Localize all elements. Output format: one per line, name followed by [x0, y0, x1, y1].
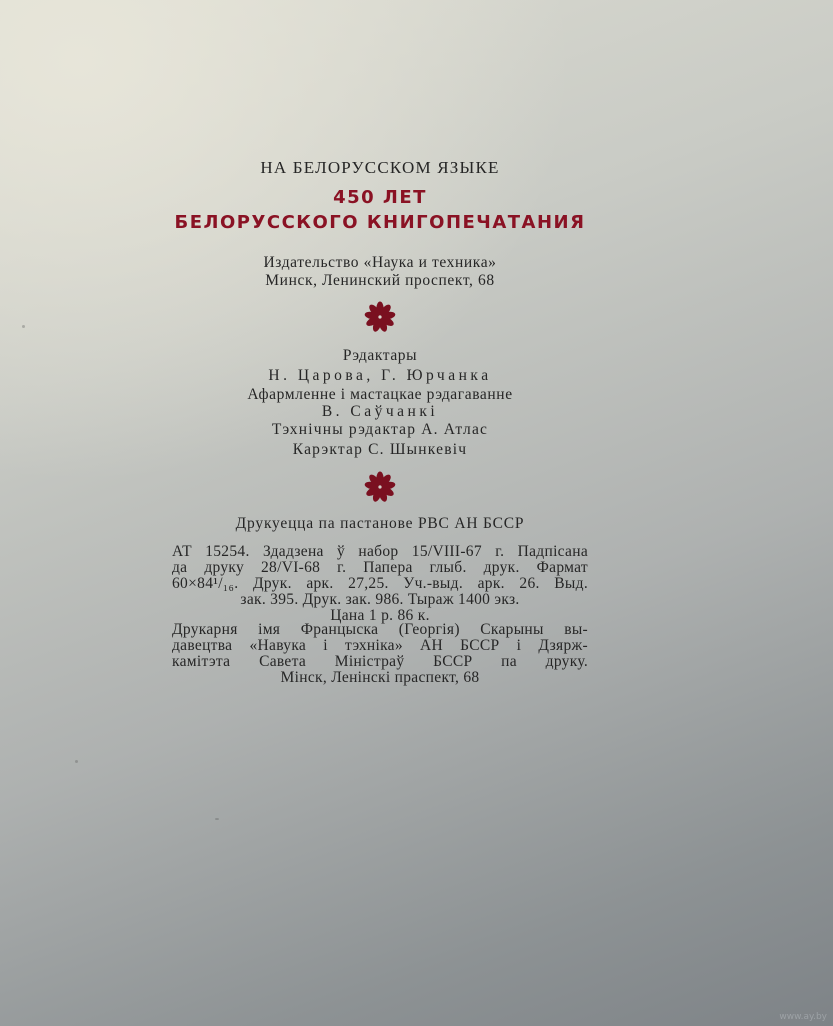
- corrector: Карэктар С. Шынкевіч: [180, 440, 580, 460]
- book-title-line-2: БЕЛОРУССКОГО КНИГОПЕЧАТАНИЯ: [150, 212, 610, 233]
- imprint-data: АТ 15254. Здадзена ў набор 15/VIII-67 г.…: [172, 544, 588, 624]
- design-label: Афармленне і мастацкае рэдагаванне: [180, 386, 580, 403]
- printer-line: давецтва «Навука і тэхніка» АН БССР і Дз…: [172, 638, 588, 654]
- flower-ornament-icon: [363, 300, 397, 334]
- book-colophon-page: НА БЕЛОРУССКОМ ЯЗЫКЕ 450 ЛЕТ БЕЛОРУССКОГ…: [0, 0, 833, 1026]
- print-authorization-note: Друкуецца па пастанове РВС АН БССР: [160, 515, 600, 533]
- publisher-info: Издательство «Наука и техника» Минск, Ле…: [180, 254, 580, 290]
- editors-label: Рэдактары: [180, 346, 580, 366]
- paper-speck: [215, 818, 219, 820]
- technical-editor: Тэхнічны рэдактар А. Атлас: [180, 420, 580, 440]
- printer-line: Мінск, Ленінскі праспект, 68: [172, 670, 588, 686]
- design-name: В. Саўчанкі: [180, 403, 580, 420]
- publisher-address: Минск, Ленинский проспект, 68: [180, 272, 580, 290]
- imprint-line: 60×84¹/₁₆. Друк. арк. 27,25. Уч.-выд. ар…: [172, 576, 588, 592]
- imprint-line: АТ 15254. Здадзена ў набор 15/VIII-67 г.…: [172, 544, 588, 560]
- editors-names: Н. Царова, Г. Юрчанка: [180, 366, 580, 386]
- printer-line: Друкарня імя Францыска (Георгія) Скарыны…: [172, 622, 588, 638]
- paper-speck: [22, 325, 25, 328]
- publisher-name: Издательство «Наука и техника»: [180, 254, 580, 272]
- credits-block: Рэдактары Н. Царова, Г. Юрчанка Афармлен…: [180, 346, 580, 460]
- watermark: www.ay.by: [779, 1012, 827, 1022]
- book-title-line-1: 450 ЛЕТ: [150, 187, 610, 208]
- imprint-line: да друку 28/VI-68 г. Папера глыб. друк. …: [172, 560, 588, 576]
- paper-speck: [75, 760, 78, 763]
- printer-info: Друкарня імя Францыска (Георгія) Скарыны…: [172, 622, 588, 686]
- imprint-line: зак. 395. Друк. зак. 986. Тыраж 1400 экз…: [172, 592, 588, 608]
- language-note: НА БЕЛОРУССКОМ ЯЗЫКЕ: [180, 158, 580, 178]
- printer-line: камітэта Савета Міністраў БССР па друку.: [172, 654, 588, 670]
- flower-ornament-icon: [363, 470, 397, 504]
